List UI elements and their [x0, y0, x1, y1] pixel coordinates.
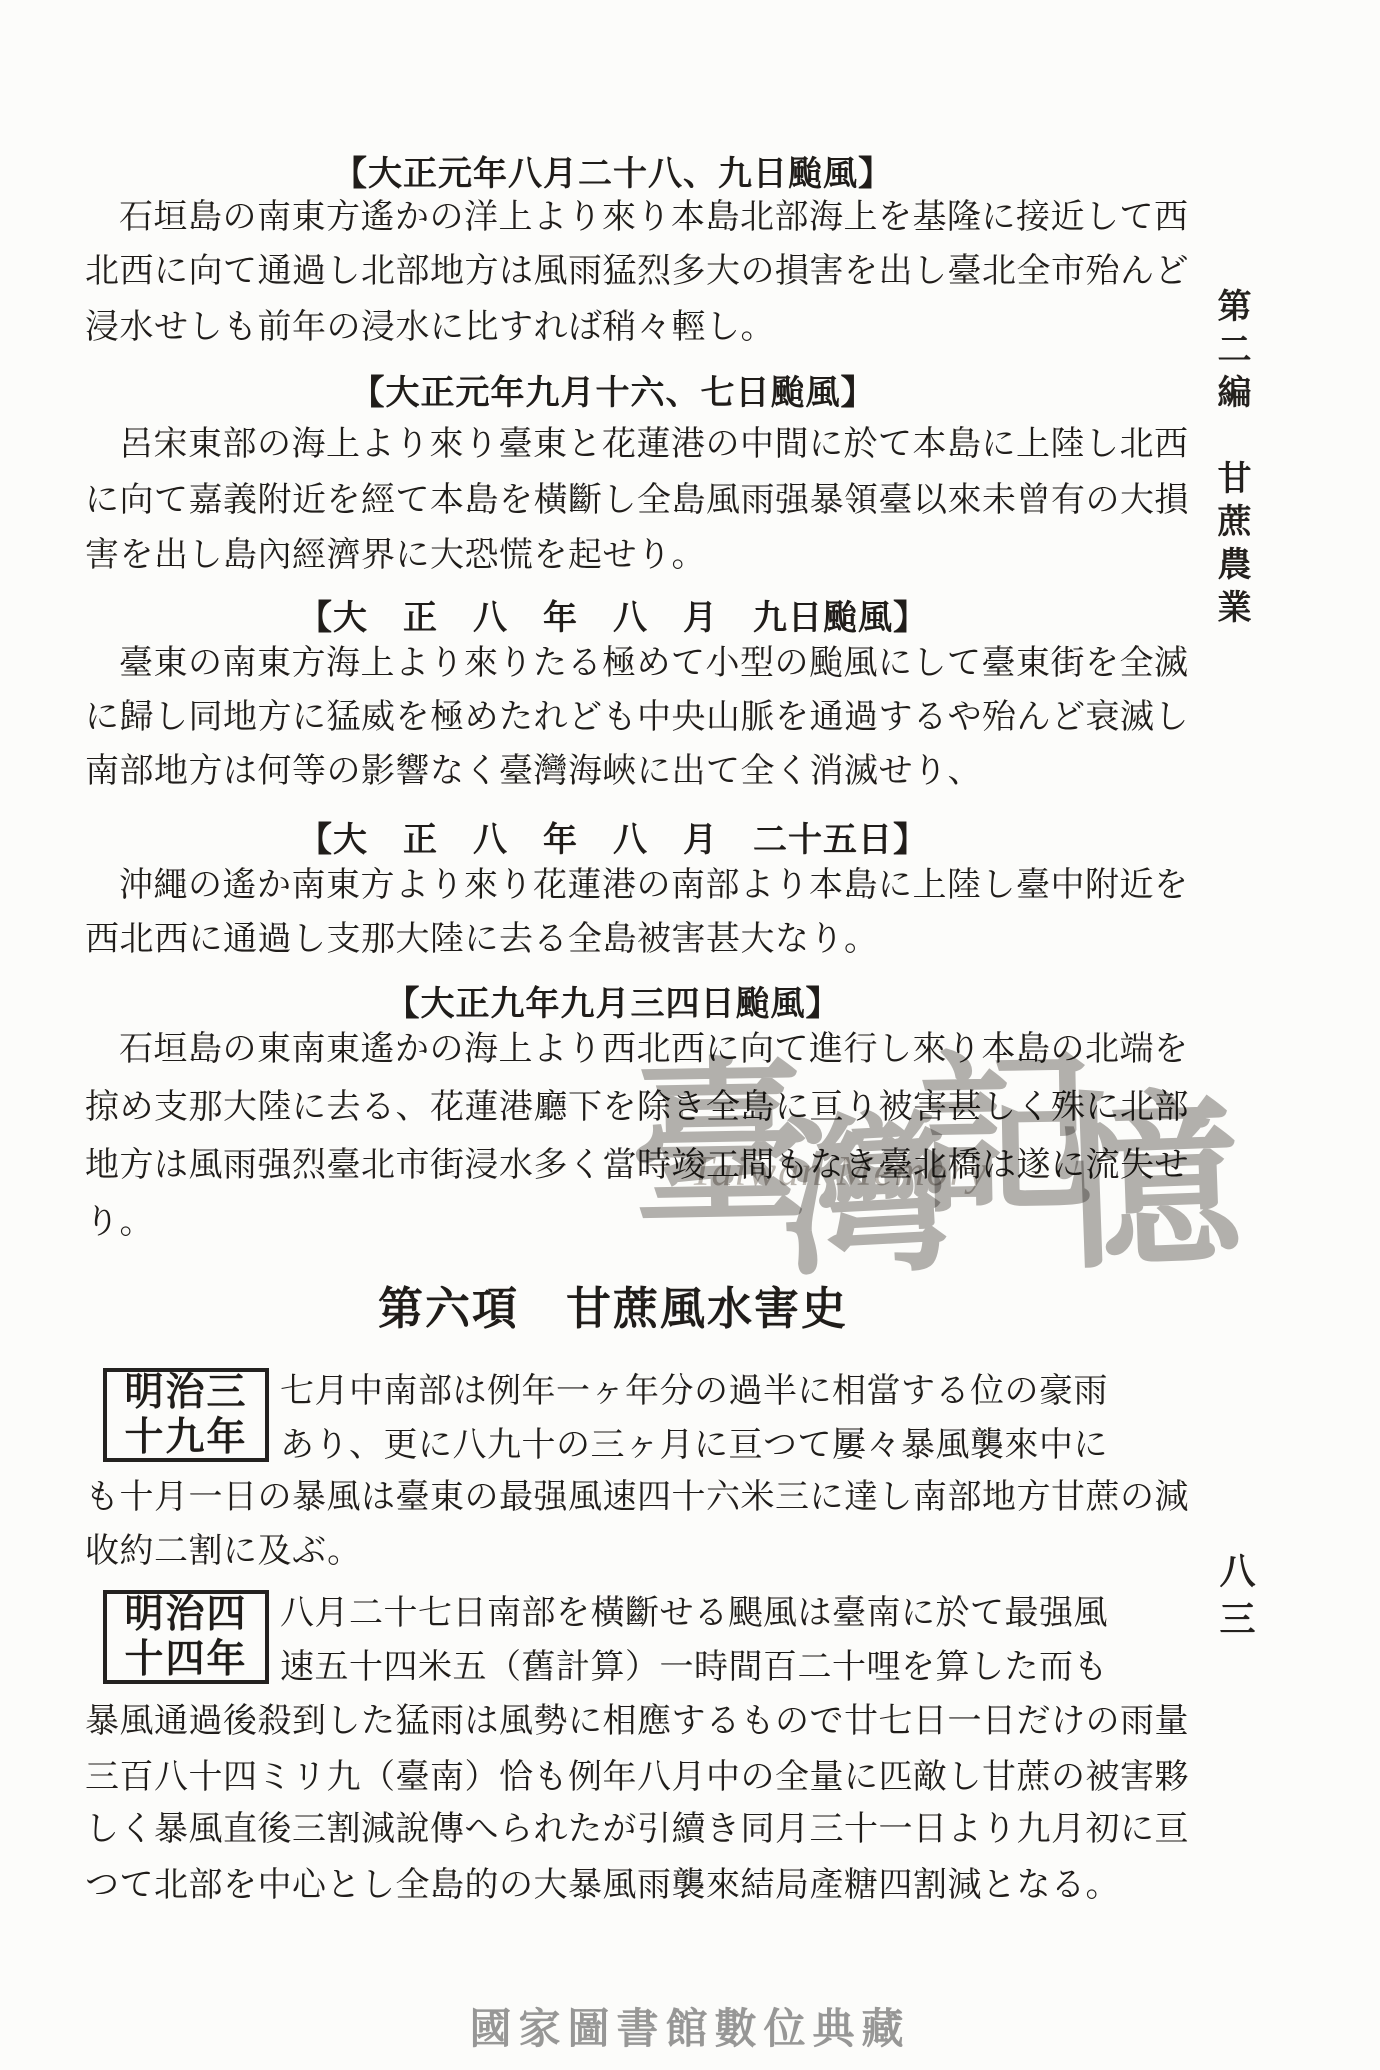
margin-page-number: 八三	[1210, 1552, 1261, 1648]
text-line: 西北西に通過し支那大陸に去る全島被害甚大なり。	[85, 920, 1145, 960]
text-line: 地方は風雨强烈臺北市街浸水多く當時竣工間もなき臺北橋は遂に流失せ	[85, 1146, 1145, 1186]
text-line: に歸し同地方に猛威を極めたれども中央山脈を通過するや殆んど衰滅し	[85, 698, 1145, 738]
typhoon-heading-4: 【大 正 八 年 八 月 二十五日】	[85, 812, 1141, 861]
text-line: 害を出し島內經濟界に大恐慌を起せり。	[85, 536, 1145, 576]
text-line: つて北部を中心とし全島的の大暴風雨襲來結局產糖四割減となる。	[85, 1866, 1145, 1906]
text-line: 臺東の南東方海上より來りたる極めて小型の颱風にして臺東街を全滅	[85, 644, 1145, 684]
text-line: 石垣島の東南東遙かの海上より西北西に向て進行し來り本島の北端を	[85, 1030, 1145, 1070]
library-watermark: 國家圖書館數位典藏	[0, 1996, 1380, 2056]
text-line: 沖繩の遙か南東方より來り花蓮港の南部より本島に上陸し臺中附近を	[85, 866, 1145, 906]
text-line: 暴風通過後殺到した猛雨は風勢に相應するもので廿七日一日だけの雨量	[85, 1702, 1145, 1742]
text-line: 南部地方は何等の影響なく臺灣海峽に出て全く消滅せり、	[85, 752, 1145, 792]
section-title: 第六項 甘蔗風水害史	[85, 1272, 1141, 1337]
typhoon-heading-3: 【大 正 八 年 八 月 九日颱風】	[85, 590, 1141, 639]
typhoon-heading-5: 【大正九年九月三四日颱風】	[85, 976, 1141, 1025]
text-line: 石垣島の南東方遙かの洋上より來り本島北部海上を基隆に接近して西	[85, 198, 1145, 238]
text-line: あり、更に八九十の三ヶ月に亘つて屢々暴風襲來中に	[280, 1426, 1110, 1466]
text-line: 呂宋東部の海上より來り臺東と花蓮港の中間に於て本島に上陸し北西	[85, 425, 1145, 465]
era-label-box-meiji39: 明治三 十九年	[103, 1368, 269, 1462]
text-line: 七月中南部は例年一ヶ年分の過半に相當する位の豪雨	[280, 1372, 1110, 1412]
text-line: 三百八十四ミリ九（臺南）恰も例年八月中の全量に匹敵し甘蔗の被害夥	[85, 1758, 1145, 1798]
text-line: に向て嘉義附近を經て本島を橫斷し全島風雨强暴領臺以來未曾有の大損	[85, 481, 1145, 521]
typhoon-heading-1: 【大正元年八月二十八、九日颱風】	[85, 146, 1141, 195]
text-line: 掠め支那大陸に去る、花蓮港廳下を除き全島に亘り被害甚しく殊に北部	[85, 1088, 1145, 1128]
text-line: 北西に向て通過し北部地方は風雨猛烈多大の損害を出し臺北全市殆んど	[85, 252, 1145, 292]
era-label-line: 十四年	[124, 1637, 247, 1682]
text-line: 收約二割に及ぶ。	[85, 1532, 1145, 1572]
era-label-line: 十九年	[124, 1415, 247, 1460]
era-label-box-meiji44: 明治四 十四年	[103, 1590, 269, 1684]
text-line: 速五十四米五（舊計算）一時間百二十哩を算した而も	[280, 1648, 1110, 1688]
margin-edition-label: 第二編 甘蔗農業	[1206, 288, 1255, 632]
typhoon-heading-2: 【大正元年九月十六、七日颱風】	[85, 365, 1141, 414]
text-line: も十月一日の暴風は臺東の最强風速四十六米三に達し南部地方甘蔗の減	[85, 1478, 1145, 1518]
scanned-page: 第二編 甘蔗農業 八三 【大正元年八月二十八、九日颱風】 石垣島の南東方遙かの洋…	[0, 0, 1380, 2070]
era-label-line: 明治三	[124, 1370, 247, 1415]
era-label-line: 明治四	[124, 1592, 247, 1637]
text-line: 八月二十七日南部を橫斷せる颶風は臺南に於て最强風	[280, 1594, 1110, 1634]
text-line: しく暴風直後三割減說傳へられたが引續き同月三十一日より九月初に亘	[85, 1810, 1145, 1850]
text-line: 浸水せしも前年の浸水に比すれば稍々輕し。	[85, 308, 1145, 348]
text-line: り。	[85, 1203, 1145, 1243]
